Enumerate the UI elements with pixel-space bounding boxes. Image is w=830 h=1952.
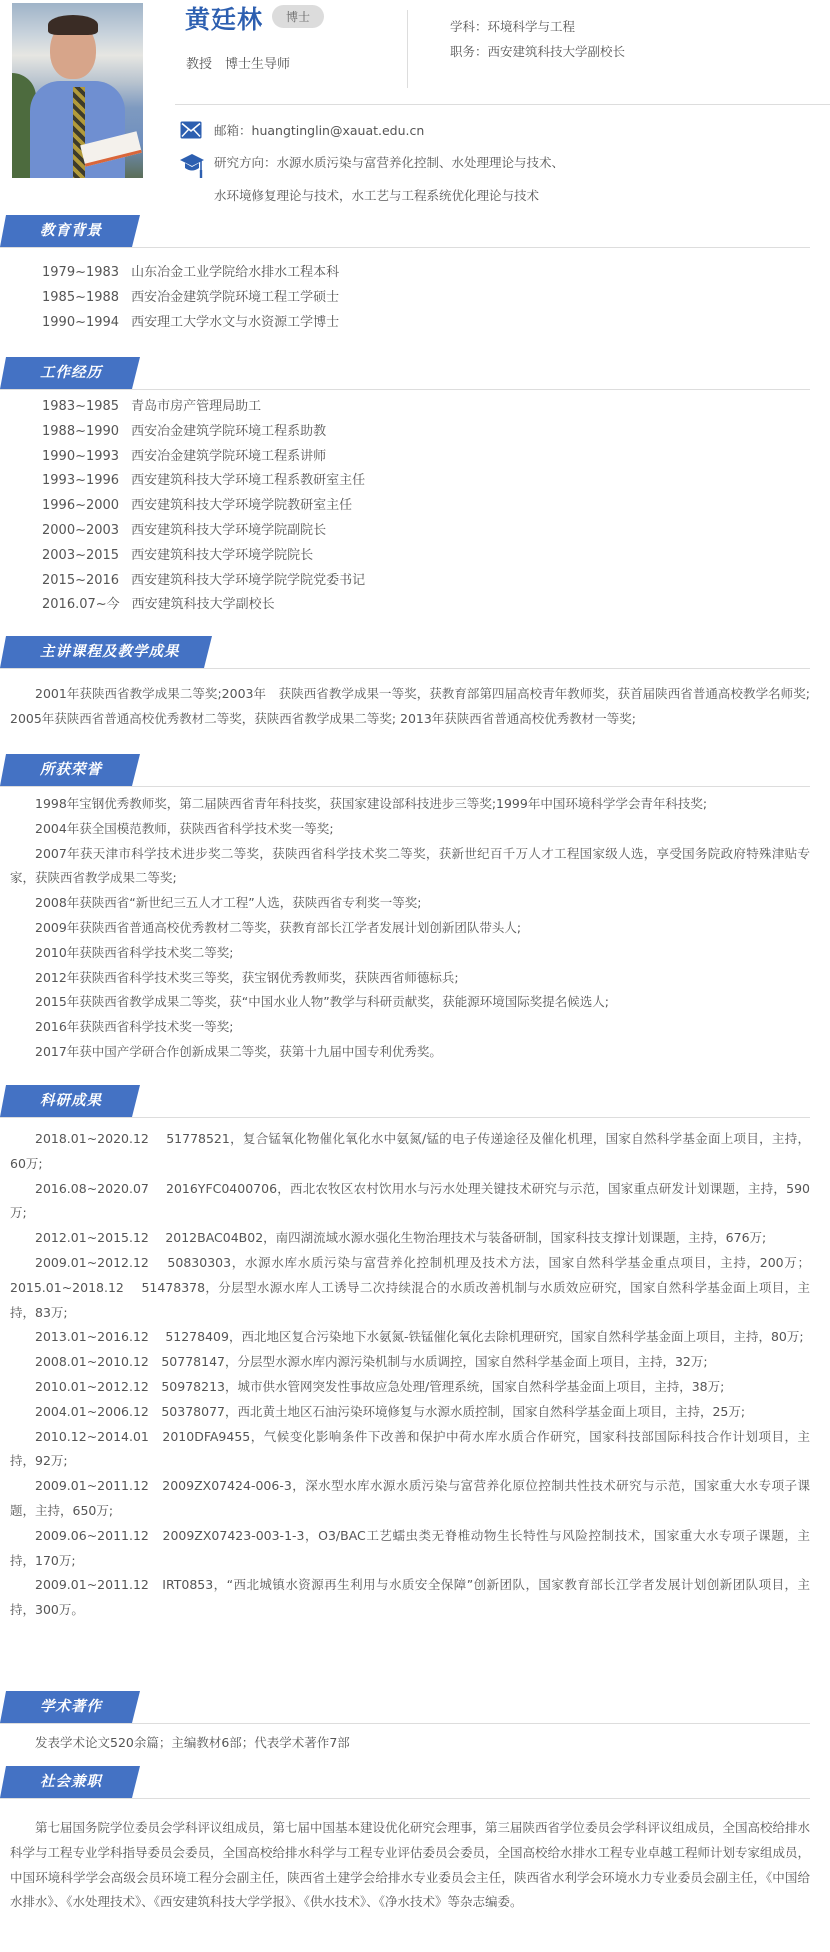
discipline-label: 学科：	[450, 19, 488, 34]
section-teaching: 主讲课程及教学成果 2001年获陕西省教学成果二等奖;2003年 获陕西省教学成…	[0, 636, 830, 668]
section-header: 主讲课程及教学成果	[0, 636, 830, 668]
list-item: 1988~1990西安冶金建筑学院环境工程系助教	[42, 420, 365, 445]
description: 西安建筑科技大学环境学院学院党委书记	[131, 569, 365, 594]
description: 西安冶金建筑学院环境工程系助教	[131, 420, 326, 445]
section-header: 社会兼职	[0, 1766, 830, 1798]
description: 西安建筑科技大学副校长	[132, 593, 275, 618]
paragraph: 2001年获陕西省教学成果二等奖;2003年 获陕西省教学成果一等奖，获教育部第…	[10, 682, 810, 732]
paragraph: 2012年获陕西省科学技术奖三等奖，获宝钢优秀教师奖，获陕西省师德标兵;	[10, 966, 810, 991]
paragraph: 2009.06~2011.12 2009ZX07423-003-1-3，O3/B…	[10, 1524, 810, 1574]
discipline-value: 环境科学与工程	[488, 19, 576, 34]
section-title: 科研成果	[0, 1085, 140, 1117]
honors-content: 1998年宝钢优秀教师奖，第二届陕西省青年科技奖，获国家建设部科技进步三等奖;1…	[10, 792, 810, 1065]
description: 西安建筑科技大学环境工程系教研室主任	[131, 469, 365, 494]
section-divider	[0, 786, 810, 787]
paragraph: 2004.01~2006.12 50378077，西北黄土地区石油污染环境修复与…	[10, 1400, 810, 1425]
paragraph: 第七届国务院学位委员会学科评议组成员，第七届中国基本建设优化研究会理事，第三届陕…	[10, 1816, 810, 1915]
list-item: 2003~2015西安建筑科技大学环境学院院长	[42, 544, 365, 569]
paragraph: 2008年获陕西省“新世纪三五人才工程”人选，获陕西省专利奖一等奖;	[10, 891, 810, 916]
description: 西安建筑科技大学环境学院副院长	[131, 519, 326, 544]
section-education: 教育背景 1979~1983山东冶金工业学院给水排水工程本科 1985~1988…	[0, 215, 830, 247]
paragraph: 2010.12~2014.01 2010DFA9455，气候变化影响条件下改善和…	[10, 1425, 810, 1475]
paragraph: 2016.08~2020.07 2016YFC0400706，西北农牧区农村饮用…	[10, 1177, 810, 1227]
paragraph: 2009.01~2011.12 IRT0853，“西北城镇水资源再生利用与水质安…	[10, 1573, 810, 1623]
paragraph: 2013.01~2016.12 51278409，西北地区复合污染地下水氨氮-铁…	[10, 1325, 810, 1350]
profile-info: 学科：环境科学与工程 职务：西安建筑科技大学副校长	[450, 14, 625, 64]
section-research: 科研成果 2018.01~2020.12 51778521，复合锰氧化物催化氧化…	[0, 1085, 830, 1117]
period: 1990~1994	[42, 311, 119, 336]
section-divider	[0, 1723, 810, 1724]
section-divider	[0, 1798, 810, 1799]
section-divider	[0, 668, 810, 669]
period: 2000~2003	[42, 519, 119, 544]
period: 2016.07~今	[42, 593, 120, 618]
section-header: 教育背景	[0, 215, 830, 247]
description: 西安建筑科技大学环境学院教研室主任	[131, 494, 352, 519]
section-service: 社会兼职 第七届国务院学位委员会学科评议组成员，第七届中国基本建设优化研究会理事…	[0, 1766, 830, 1798]
description: 青岛市房产管理局助工	[131, 395, 261, 420]
email-text: 邮箱：huangtinglin@xauat.edu.cn	[214, 121, 424, 139]
list-item: 2015~2016西安建筑科技大学环境学院学院党委书记	[42, 569, 365, 594]
photo-tie	[73, 87, 85, 178]
paragraph: 2009年获陕西省普通高校优秀教材二等奖，获教育部长江学者发展计划创新团队带头人…	[10, 916, 810, 941]
paragraph: 2009.01~2012.12 50830303，水源水库水质污染与富营养化控制…	[10, 1251, 810, 1325]
list-item: 1996~2000西安建筑科技大学环境学院教研室主任	[42, 494, 365, 519]
list-item: 2016.07~今西安建筑科技大学副校长	[42, 593, 365, 618]
publications-content: 发表学术论文520余篇；主编教材6部；代表学术著作7部	[10, 1731, 810, 1756]
profile-header: 黄廷林 博士 教授 博士生导师 学科：环境科学与工程 职务：西安建筑科技大学副校…	[0, 0, 830, 200]
discipline-row: 学科：环境科学与工程	[450, 14, 625, 39]
photo-hair	[48, 15, 98, 35]
list-item: 1990~1994西安理工大学水文与水资源工学博士	[42, 311, 339, 336]
paragraph: 2018.01~2020.12 51778521，复合锰氧化物催化氧化水中氨氮/…	[10, 1127, 810, 1177]
position-value: 西安建筑科技大学副校长	[488, 44, 626, 59]
description: 山东冶金工业学院给水排水工程本科	[131, 261, 339, 286]
period: 1985~1988	[42, 286, 119, 311]
paragraph: 2007年获天津市科学技术进步奖二等奖，获陕西省科学技术奖二等奖，获新世纪百千万…	[10, 842, 810, 892]
period: 1983~1985	[42, 395, 119, 420]
section-header: 工作经历	[0, 357, 830, 389]
research-value-1: 水源水质污染与富营养化控制、水处理理论与技术、	[277, 155, 565, 170]
research-line-2: 水环境修复理论与技术，水工艺与工程系统优化理论与技术	[214, 186, 539, 204]
list-item: 1983~1985青岛市房产管理局助工	[42, 395, 365, 420]
position-row: 职务：西安建筑科技大学副校长	[450, 39, 625, 64]
period: 1979~1983	[42, 261, 119, 286]
section-header: 学术著作	[0, 1691, 830, 1723]
list-item: 2000~2003西安建筑科技大学环境学院副院长	[42, 519, 365, 544]
position-label: 职务：	[450, 44, 488, 59]
profile-name: 黄廷林	[185, 0, 263, 36]
description: 西安理工大学水文与水资源工学博士	[131, 311, 339, 336]
paragraph: 2004年获全国模范教师，获陕西省科学技术奖一等奖;	[10, 817, 810, 842]
section-work-experience: 工作经历 1983~1985青岛市房产管理局助工 1988~1990西安冶金建筑…	[0, 357, 830, 389]
description: 西安冶金建筑学院环境工程系讲师	[131, 445, 326, 470]
education-list: 1979~1983山东冶金工业学院给水排水工程本科 1985~1988西安冶金建…	[42, 261, 339, 335]
graduation-cap-icon	[180, 153, 204, 182]
section-header: 所获荣誉	[0, 754, 830, 786]
paragraph: 发表学术论文520余篇；主编教材6部；代表学术著作7部	[10, 1731, 810, 1756]
degree-badge: 博士	[272, 5, 324, 28]
profile-photo	[12, 3, 143, 178]
research-label: 研究方向：	[214, 155, 277, 170]
description: 西安冶金建筑学院环境工程工学硕士	[131, 286, 339, 311]
period: 2015~2016	[42, 569, 119, 594]
paragraph: 2010.01~2012.12 50978213，城市供水管网突发性事故应急处理…	[10, 1375, 810, 1400]
profile-titles: 教授 博士生导师	[186, 53, 290, 72]
section-title: 学术著作	[0, 1691, 140, 1723]
work-list: 1983~1985青岛市房产管理局助工 1988~1990西安冶金建筑学院环境工…	[42, 395, 365, 618]
section-title: 所获荣誉	[0, 754, 140, 786]
section-title: 教育背景	[0, 215, 140, 247]
section-header: 科研成果	[0, 1085, 830, 1117]
paragraph: 2009.01~2011.12 2009ZX07424-006-3，深水型水库水…	[10, 1474, 810, 1524]
list-item: 1990~1993西安冶金建筑学院环境工程系讲师	[42, 445, 365, 470]
email-link[interactable]: huangtinglin@xauat.edu.cn	[252, 123, 425, 138]
period: 1996~2000	[42, 494, 119, 519]
paragraph: 2017年获中国产学研合作创新成果二等奖，获第十九届中国专利优秀奖。	[10, 1040, 810, 1065]
section-divider	[0, 1117, 810, 1118]
period: 2003~2015	[42, 544, 119, 569]
section-publications: 学术著作 发表学术论文520余篇；主编教材6部；代表学术著作7部	[0, 1691, 830, 1723]
period: 1988~1990	[42, 420, 119, 445]
list-item: 1985~1988西安冶金建筑学院环境工程工学硕士	[42, 286, 339, 311]
paragraph: 2012.01~2015.12 2012BAC04B02，南四湖流域水源水强化生…	[10, 1226, 810, 1251]
period: 1990~1993	[42, 445, 119, 470]
teaching-content: 2001年获陕西省教学成果二等奖;2003年 获陕西省教学成果一等奖，获教育部第…	[10, 682, 810, 732]
section-honors: 所获荣誉 1998年宝钢优秀教师奖，第二届陕西省青年科技奖，获国家建设部科技进步…	[0, 754, 830, 786]
list-item: 1993~1996西安建筑科技大学环境工程系教研室主任	[42, 469, 365, 494]
period: 1993~1996	[42, 469, 119, 494]
research-content: 2018.01~2020.12 51778521，复合锰氧化物催化氧化水中氨氮/…	[10, 1127, 810, 1623]
envelope-icon	[180, 121, 202, 142]
section-title: 社会兼职	[0, 1766, 140, 1798]
email-label: 邮箱：	[214, 123, 252, 138]
paragraph: 2008.01~2010.12 50778147，分层型水源水库内源污染机制与水…	[10, 1350, 810, 1375]
paragraph: 2015年获陕西省教学成果二等奖，获“中国水业人物”教学与科研贡献奖，获能源环境…	[10, 990, 810, 1015]
paragraph: 2010年获陕西省科学技术奖二等奖;	[10, 941, 810, 966]
section-divider	[0, 389, 810, 390]
research-line-1: 研究方向：水源水质污染与富营养化控制、水处理理论与技术、	[214, 153, 564, 171]
header-horizontal-divider	[175, 104, 830, 105]
header-vertical-divider	[407, 10, 408, 88]
section-title: 工作经历	[0, 357, 140, 389]
section-divider	[0, 247, 810, 248]
service-content: 第七届国务院学位委员会学科评议组成员，第七届中国基本建设优化研究会理事，第三届陕…	[10, 1816, 810, 1915]
section-title: 主讲课程及教学成果	[0, 636, 212, 668]
paragraph: 1998年宝钢优秀教师奖，第二届陕西省青年科技奖，获国家建设部科技进步三等奖;1…	[10, 792, 810, 817]
list-item: 1979~1983山东冶金工业学院给水排水工程本科	[42, 261, 339, 286]
description: 西安建筑科技大学环境学院院长	[131, 544, 313, 569]
paragraph: 2016年获陕西省科学技术奖一等奖;	[10, 1015, 810, 1040]
